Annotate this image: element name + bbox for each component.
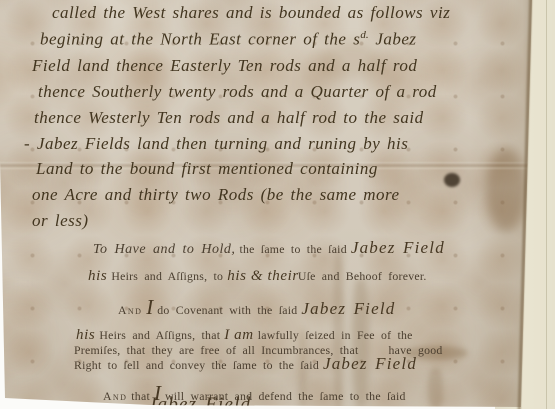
ink-blot [444,173,460,187]
grantee-name: Jabez Field [323,354,417,373]
seized-line: his Heirs and Aſſigns, that I am lawfull… [76,327,413,343]
printed-and: And [118,303,142,317]
handwritten-text: begining at the North East corner of the… [40,30,360,49]
underlying-page-edge [546,0,547,409]
printed-text: Right to ſell and convey the ſame to the… [74,358,319,372]
covenant-line: And I do Covenant with the ſaid Jabez Fi… [118,297,395,318]
handwritten-line-9: or less) [32,212,89,229]
handwritten-his: his [88,268,107,284]
handwritten-line-3: Field land thence Easterly Ten rods and … [32,57,417,74]
handwritten-line-2: begining at the North East corner of the… [40,30,417,48]
handwritten-i: I [146,295,153,319]
handwritten-line-7: Land to the bound first mentioned contai… [36,160,378,177]
habendum-line: To Have and to Hold, the ſame to the ſai… [93,239,445,257]
grantee-name: Jabez Field [301,299,395,318]
handwritten-i-am: I am [224,327,253,343]
printed-text: do Covenant with the ſaid [157,303,297,317]
superscript-d: d. [360,29,368,41]
printed-text: lawfully ſeized in Fee of the [258,328,413,342]
handwritten-line-8: one Acre and thirty two Rods (be the sam… [32,186,400,203]
handwritten-his-their: his & their [227,268,299,284]
grantee-name: Jabez Field [351,238,445,257]
heirs-line: his Heirs and Aſſigns, to his & their Uſ… [88,268,427,284]
deed-paper-sheet: called the West shares and is bounded as… [0,0,555,409]
printed-and: And [103,389,127,403]
grantee-name: Jabez Field [148,394,251,409]
printed-text: Uſe and Behoof forever. [298,269,427,283]
handwritten-line-1: called the West shares and is bounded as… [52,4,450,21]
bottom-grantee-line: Jabez Field [148,395,251,409]
right-line: Right to ſell and convey the ſame to the… [74,355,417,373]
handwritten-line-5: thence Westerly Ten rods and a half rod … [34,109,424,126]
printed-text: Heirs and Aſſigns, that [99,328,220,342]
handwritten-his: his [76,327,95,343]
printed-text: Heirs and Aſſigns, to [111,269,223,283]
deed-photograph: called the West shares and is bounded as… [0,0,555,409]
margin-dash: - [24,134,30,153]
printed-italic: To Have and to Hold, [93,242,235,257]
handwritten-line-6: - Jabez Fields land then turning and run… [24,135,408,152]
stain-bottom-right [428,368,443,409]
handwritten-line-4: thence Southerly twenty rods and a Quart… [38,83,437,100]
printed-text: the ſame to the ſaid [239,242,346,256]
grantee-name: Jabez [375,30,416,49]
handwritten-text: Jabez Fields land then turning and runin… [37,134,408,153]
